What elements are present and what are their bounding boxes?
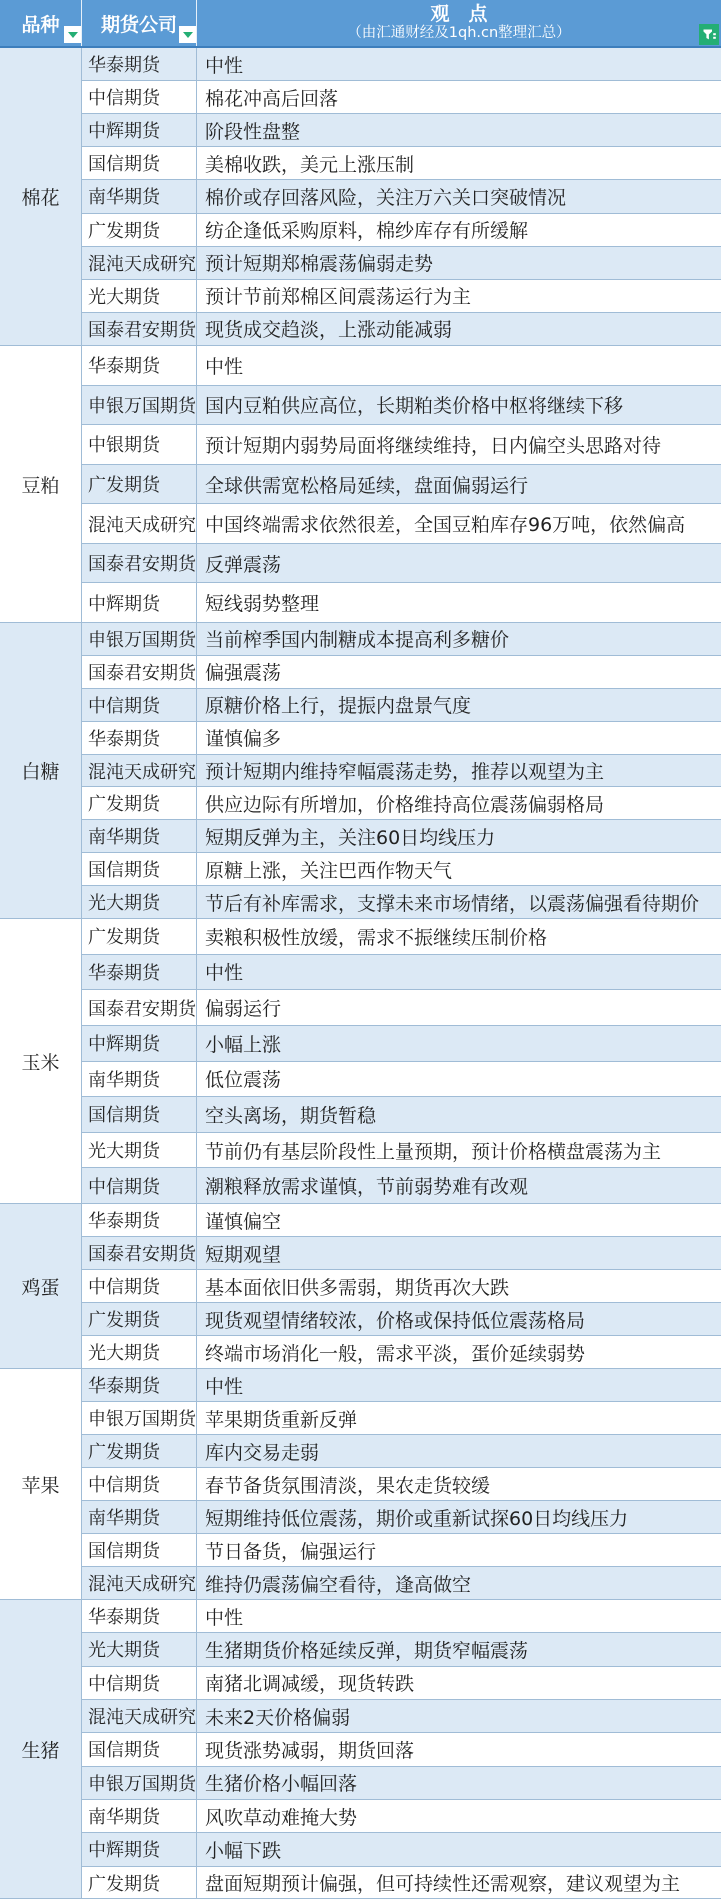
view-cell: 反弹震荡 xyxy=(197,544,721,583)
view-cell: 维持仍震荡偏空看待，逢高做空 xyxy=(197,1567,721,1599)
view-cell: 中性 xyxy=(197,1600,721,1632)
company-cell: 光大期货 xyxy=(82,886,197,918)
table-row: 南华期货风吹草动难掩大势 xyxy=(82,1799,721,1832)
variety-cell: 白糖 xyxy=(0,623,82,918)
company-cell: 混沌天成研究 xyxy=(82,1700,197,1732)
view-cell: 阶段性盘整 xyxy=(197,114,721,146)
table-row: 国信期货原糖上涨，关注巴西作物天气 xyxy=(82,852,721,885)
filter-funnel-button[interactable] xyxy=(699,24,719,45)
table-row: 南华期货棉价或存回落风险，关注万六关口突破情况 xyxy=(82,179,721,212)
view-cell: 谨慎偏多 xyxy=(197,722,721,754)
table-body: 棉花华泰期货中性中信期货棉花冲高后回落中辉期货阶段性盘整国信期货美棉收跌，美元上… xyxy=(0,48,721,1899)
company-cell: 国泰君安期货 xyxy=(82,990,197,1025)
company-cell: 国信期货 xyxy=(82,1097,197,1132)
table-row: 中辉期货小幅上涨 xyxy=(82,1025,721,1061)
company-cell: 南华期货 xyxy=(82,1062,197,1097)
table-row: 光大期货节前仍有基层阶段性上量预期，预计价格横盘震荡为主 xyxy=(82,1132,721,1168)
table-row: 广发期货纺企逢低采购原料，棉纱库存有所缓解 xyxy=(82,213,721,246)
table-row: 华泰期货中性 xyxy=(82,954,721,990)
company-cell: 华泰期货 xyxy=(82,1204,197,1236)
table-header: 品种 期货公司 观 点 （由汇通财经及1qh.cn整理汇总） xyxy=(0,0,721,48)
company-cell: 混沌天成研究 xyxy=(82,755,197,787)
filter-funnel-icon xyxy=(702,27,717,42)
company-cell: 中信期货 xyxy=(82,1468,197,1500)
section-rows: 华泰期货中性申银万国期货国内豆粕供应高位，长期粕类价格中枢将继续下移中银期货预计… xyxy=(82,346,721,622)
view-cell: 预计节前郑棉区间震荡运行为主 xyxy=(197,280,721,312)
view-cell: 预计短期内维持窄幅震荡走势，推荐以观望为主 xyxy=(197,755,721,787)
view-cell: 苹果期货重新反弹 xyxy=(197,1402,721,1434)
company-cell: 华泰期货 xyxy=(82,955,197,990)
table-row: 国信期货空头离场，期货暂稳 xyxy=(82,1096,721,1132)
company-cell: 南华期货 xyxy=(82,1501,197,1533)
header-cell-view: 观 点 （由汇通财经及1qh.cn整理汇总） xyxy=(197,0,721,46)
view-column-title: 观 点 xyxy=(430,4,487,25)
view-cell: 现货涨势减弱，期货回落 xyxy=(197,1733,721,1765)
table-row: 光大期货生猪期货价格延续反弹，期货窄幅震荡 xyxy=(82,1632,721,1665)
table-row: 中信期货基本面依旧供多需弱，期货再次大跌 xyxy=(82,1269,721,1302)
section: 生猪华泰期货中性光大期货生猪期货价格延续反弹，期货窄幅震荡中信期货南猪北调减缓，… xyxy=(0,1599,721,1899)
view-cell: 美棉收跌，美元上涨压制 xyxy=(197,147,721,179)
company-cell: 国泰君安期货 xyxy=(82,656,197,688)
view-cell: 潮粮释放需求谨慎，节前弱势难有改观 xyxy=(197,1168,721,1203)
table-row: 华泰期货中性 xyxy=(82,346,721,385)
view-cell: 卖粮积极性放缓，需求不振继续压制价格 xyxy=(197,919,721,954)
company-cell: 中信期货 xyxy=(82,1168,197,1203)
view-cell: 小幅上涨 xyxy=(197,1026,721,1061)
view-cell: 终端市场消化一般，需求平淡，蛋价延续弱势 xyxy=(197,1336,721,1368)
view-cell: 偏弱运行 xyxy=(197,990,721,1025)
header-cell-variety: 品种 xyxy=(0,0,82,46)
view-cell: 生猪价格小幅回落 xyxy=(197,1767,721,1799)
company-cell: 中辉期货 xyxy=(82,583,197,622)
view-cell: 春节备货氛围清淡，果农走货较缓 xyxy=(197,1468,721,1500)
section: 棉花华泰期货中性中信期货棉花冲高后回落中辉期货阶段性盘整国信期货美棉收跌，美元上… xyxy=(0,48,721,345)
company-cell: 广发期货 xyxy=(82,214,197,246)
company-cell: 广发期货 xyxy=(82,1435,197,1467)
view-cell: 中国终端需求依然很差，全国豆粕库存96万吨，依然偏高 xyxy=(197,504,721,543)
view-cell: 中性 xyxy=(197,1369,721,1401)
table-row: 南华期货短期反弹为主，关注60日均线压力 xyxy=(82,819,721,852)
company-cell: 中信期货 xyxy=(82,1270,197,1302)
table-row: 华泰期货中性 xyxy=(82,48,721,80)
view-cell: 原糖上涨，关注巴西作物天气 xyxy=(197,853,721,885)
view-cell: 空头离场，期货暂稳 xyxy=(197,1097,721,1132)
company-cell: 中辉期货 xyxy=(82,1833,197,1865)
company-cell: 国泰君安期货 xyxy=(82,313,197,345)
table-row: 广发期货现货观望情绪较浓，价格或保持低位震荡格局 xyxy=(82,1302,721,1335)
company-cell: 广发期货 xyxy=(82,1303,197,1335)
company-cell: 国泰君安期货 xyxy=(82,544,197,583)
view-cell: 供应边际有所增加，价格维持高位震荡偏弱格局 xyxy=(197,787,721,819)
company-cell: 混沌天成研究 xyxy=(82,1567,197,1599)
table-row: 国泰君安期货偏弱运行 xyxy=(82,989,721,1025)
table-row: 混沌天成研究预计短期内维持窄幅震荡走势，推荐以观望为主 xyxy=(82,754,721,787)
table-row: 中信期货棉花冲高后回落 xyxy=(82,80,721,113)
variety-cell: 苹果 xyxy=(0,1369,82,1599)
table-row: 中信期货原糖价格上行，提振内盘景气度 xyxy=(82,688,721,721)
company-cell: 南华期货 xyxy=(82,1800,197,1832)
table-row: 光大期货终端市场消化一般，需求平淡，蛋价延续弱势 xyxy=(82,1335,721,1368)
table-row: 国信期货现货涨势减弱，期货回落 xyxy=(82,1732,721,1765)
table-row: 混沌天成研究中国终端需求依然很差，全国豆粕库存96万吨，依然偏高 xyxy=(82,503,721,543)
company-cell: 光大期货 xyxy=(82,1133,197,1168)
view-cell: 预计短期郑棉震荡偏弱走势 xyxy=(197,247,721,279)
view-cell: 棉价或存回落风险，关注万六关口突破情况 xyxy=(197,180,721,212)
section-rows: 华泰期货中性中信期货棉花冲高后回落中辉期货阶段性盘整国信期货美棉收跌，美元上涨压… xyxy=(82,48,721,345)
view-cell: 库内交易走弱 xyxy=(197,1435,721,1467)
company-cell: 国泰君安期货 xyxy=(82,1237,197,1269)
section: 玉米广发期货卖粮积极性放缓，需求不振继续压制价格华泰期货中性国泰君安期货偏弱运行… xyxy=(0,918,721,1203)
view-cell: 偏强震荡 xyxy=(197,656,721,688)
view-cell: 全球供需宽松格局延续，盘面偏弱运行 xyxy=(197,465,721,504)
variety-cell: 玉米 xyxy=(0,919,82,1203)
table-row: 国泰君安期货现货成交趋淡，上涨动能减弱 xyxy=(82,312,721,345)
table-row: 国泰君安期货偏强震荡 xyxy=(82,655,721,688)
view-cell: 小幅下跌 xyxy=(197,1833,721,1865)
section-rows: 广发期货卖粮积极性放缓，需求不振继续压制价格华泰期货中性国泰君安期货偏弱运行中辉… xyxy=(82,919,721,1203)
company-column-title: 期货公司 xyxy=(101,10,177,37)
table-row: 中辉期货小幅下跌 xyxy=(82,1832,721,1865)
view-cell: 短期维持低位震荡，期价或重新试探60日均线压力 xyxy=(197,1501,721,1533)
view-cell: 原糖价格上行，提振内盘景气度 xyxy=(197,689,721,721)
company-cell: 国信期货 xyxy=(82,853,197,885)
table-row: 中辉期货阶段性盘整 xyxy=(82,113,721,146)
company-cell: 混沌天成研究 xyxy=(82,504,197,543)
variety-cell: 豆粕 xyxy=(0,346,82,622)
view-cell: 国内豆粕供应高位，长期粕类价格中枢将继续下移 xyxy=(197,386,721,425)
table-row: 中信期货南猪北调减缓，现货转跌 xyxy=(82,1666,721,1699)
company-cell: 华泰期货 xyxy=(82,1600,197,1632)
company-cell: 申银万国期货 xyxy=(82,1402,197,1434)
table-row: 申银万国期货苹果期货重新反弹 xyxy=(82,1401,721,1434)
company-cell: 中辉期货 xyxy=(82,114,197,146)
section-rows: 华泰期货谨慎偏空国泰君安期货短期观望中信期货基本面依旧供多需弱，期货再次大跌广发… xyxy=(82,1204,721,1368)
variety-cell: 鸡蛋 xyxy=(0,1204,82,1368)
section: 鸡蛋华泰期货谨慎偏空国泰君安期货短期观望中信期货基本面依旧供多需弱，期货再次大跌… xyxy=(0,1203,721,1368)
view-cell: 风吹草动难掩大势 xyxy=(197,1800,721,1832)
table-row: 国泰君安期货反弹震荡 xyxy=(82,543,721,583)
table-row: 混沌天成研究预计短期郑棉震荡偏弱走势 xyxy=(82,246,721,279)
view-cell: 短期反弹为主，关注60日均线压力 xyxy=(197,820,721,852)
company-cell: 南华期货 xyxy=(82,820,197,852)
variety-cell: 生猪 xyxy=(0,1600,82,1899)
table-row: 申银万国期货生猪价格小幅回落 xyxy=(82,1766,721,1799)
table-row: 光大期货预计节前郑棉区间震荡运行为主 xyxy=(82,279,721,312)
view-cell: 中性 xyxy=(197,48,721,80)
table-row: 国泰君安期货短期观望 xyxy=(82,1236,721,1269)
view-cell: 当前榨季国内制糖成本提高利多糖价 xyxy=(197,623,721,655)
company-cell: 申银万国期货 xyxy=(82,1767,197,1799)
filter-dropdown-icon xyxy=(68,32,78,38)
view-cell: 未来2天价格偏弱 xyxy=(197,1700,721,1732)
company-cell: 华泰期货 xyxy=(82,722,197,754)
table-row: 广发期货库内交易走弱 xyxy=(82,1434,721,1467)
company-cell: 中信期货 xyxy=(82,689,197,721)
view-cell: 低位震荡 xyxy=(197,1062,721,1097)
company-cell: 中信期货 xyxy=(82,81,197,113)
filter-dropdown-icon xyxy=(183,32,193,38)
table-row: 混沌天成研究维持仍震荡偏空看待，逢高做空 xyxy=(82,1566,721,1599)
table-row: 南华期货低位震荡 xyxy=(82,1061,721,1097)
view-cell: 短期观望 xyxy=(197,1237,721,1269)
table-row: 广发期货供应边际有所增加，价格维持高位震荡偏弱格局 xyxy=(82,786,721,819)
table-row: 中信期货春节备货氛围清淡，果农走货较缓 xyxy=(82,1467,721,1500)
table-row: 申银万国期货国内豆粕供应高位，长期粕类价格中枢将继续下移 xyxy=(82,385,721,425)
company-cell: 国信期货 xyxy=(82,1733,197,1765)
header-cell-company: 期货公司 xyxy=(82,0,197,46)
section-rows: 华泰期货中性光大期货生猪期货价格延续反弹，期货窄幅震荡中信期货南猪北调减缓，现货… xyxy=(82,1600,721,1899)
company-cell: 光大期货 xyxy=(82,1633,197,1665)
view-cell: 节日备货，偏强运行 xyxy=(197,1534,721,1566)
section-rows: 申银万国期货当前榨季国内制糖成本提高利多糖价国泰君安期货偏强震荡中信期货原糖价格… xyxy=(82,623,721,918)
view-cell: 谨慎偏空 xyxy=(197,1204,721,1236)
view-cell: 基本面依旧供多需弱，期货再次大跌 xyxy=(197,1270,721,1302)
table-row: 国信期货美棉收跌，美元上涨压制 xyxy=(82,146,721,179)
variety-column-title: 品种 xyxy=(21,10,59,37)
company-cell: 混沌天成研究 xyxy=(82,247,197,279)
view-cell: 中性 xyxy=(197,346,721,385)
company-cell: 中辉期货 xyxy=(82,1026,197,1061)
table-row: 华泰期货中性 xyxy=(82,1600,721,1632)
company-cell: 广发期货 xyxy=(82,787,197,819)
table-row: 光大期货节后有补库需求，支撑未来市场情绪，以震荡偏强看待期价 xyxy=(82,885,721,918)
table-row: 南华期货短期维持低位震荡，期价或重新试探60日均线压力 xyxy=(82,1500,721,1533)
table-row: 广发期货盘面短期预计偏强，但可持续性还需观察，建议观望为主 xyxy=(82,1866,721,1899)
table-row: 混沌天成研究未来2天价格偏弱 xyxy=(82,1699,721,1732)
company-cell: 华泰期货 xyxy=(82,48,197,80)
view-cell: 南猪北调减缓，现货转跌 xyxy=(197,1667,721,1699)
view-cell: 预计短期内弱势局面将继续维持，日内偏空头思路对待 xyxy=(197,425,721,464)
table-row: 华泰期货谨慎偏多 xyxy=(82,721,721,754)
company-cell: 申银万国期货 xyxy=(82,386,197,425)
company-cell: 广发期货 xyxy=(82,919,197,954)
company-cell: 国信期货 xyxy=(82,1534,197,1566)
table-row: 广发期货卖粮积极性放缓，需求不振继续压制价格 xyxy=(82,919,721,954)
company-cell: 华泰期货 xyxy=(82,1369,197,1401)
variety-filter-dropdown-button[interactable] xyxy=(64,26,81,43)
table-row: 华泰期货谨慎偏空 xyxy=(82,1204,721,1236)
view-cell: 现货成交趋淡，上涨动能减弱 xyxy=(197,313,721,345)
view-cell: 盘面短期预计偏强，但可持续性还需观察，建议观望为主 xyxy=(197,1867,721,1899)
table-row: 中信期货潮粮释放需求谨慎，节前弱势难有改观 xyxy=(82,1167,721,1203)
company-cell: 广发期货 xyxy=(82,1867,197,1899)
view-cell: 生猪期货价格延续反弹，期货窄幅震荡 xyxy=(197,1633,721,1665)
view-cell: 中性 xyxy=(197,955,721,990)
table-row: 华泰期货中性 xyxy=(82,1369,721,1401)
company-cell: 中银期货 xyxy=(82,425,197,464)
section: 白糖申银万国期货当前榨季国内制糖成本提高利多糖价国泰君安期货偏强震荡中信期货原糖… xyxy=(0,622,721,918)
view-cell: 短线弱势整理 xyxy=(197,583,721,622)
company-cell: 广发期货 xyxy=(82,465,197,504)
section: 苹果华泰期货中性申银万国期货苹果期货重新反弹广发期货库内交易走弱中信期货春节备货… xyxy=(0,1368,721,1599)
section-rows: 华泰期货中性申银万国期货苹果期货重新反弹广发期货库内交易走弱中信期货春节备货氛围… xyxy=(82,1369,721,1599)
view-cell: 现货观望情绪较浓，价格或保持低位震荡格局 xyxy=(197,1303,721,1335)
table-row: 国信期货节日备货，偏强运行 xyxy=(82,1533,721,1566)
table-row: 中银期货预计短期内弱势局面将继续维持，日内偏空头思路对待 xyxy=(82,424,721,464)
view-cell: 棉花冲高后回落 xyxy=(197,81,721,113)
table-row: 申银万国期货当前榨季国内制糖成本提高利多糖价 xyxy=(82,623,721,655)
view-cell: 节前仍有基层阶段性上量预期，预计价格横盘震荡为主 xyxy=(197,1133,721,1168)
company-filter-dropdown-button[interactable] xyxy=(179,26,196,43)
company-cell: 国信期货 xyxy=(82,147,197,179)
futures-opinions-table: 品种 期货公司 观 点 （由汇通财经及1qh.cn整理汇总） 棉花华泰期货中性中… xyxy=(0,0,721,1899)
table-row: 广发期货全球供需宽松格局延续，盘面偏弱运行 xyxy=(82,464,721,504)
view-cell: 纺企逢低采购原料，棉纱库存有所缓解 xyxy=(197,214,721,246)
section: 豆粕华泰期货中性申银万国期货国内豆粕供应高位，长期粕类价格中枢将继续下移中银期货… xyxy=(0,345,721,622)
company-cell: 申银万国期货 xyxy=(82,623,197,655)
company-cell: 光大期货 xyxy=(82,280,197,312)
view-cell: 节后有补库需求，支撑未来市场情绪，以震荡偏强看待期价 xyxy=(197,886,721,918)
variety-cell: 棉花 xyxy=(0,48,82,345)
company-cell: 光大期货 xyxy=(82,1336,197,1368)
table-row: 中辉期货短线弱势整理 xyxy=(82,582,721,622)
company-cell: 南华期货 xyxy=(82,180,197,212)
view-column-subtitle: （由汇通财经及1qh.cn整理汇总） xyxy=(347,26,570,42)
company-cell: 华泰期货 xyxy=(82,346,197,385)
company-cell: 中信期货 xyxy=(82,1667,197,1699)
